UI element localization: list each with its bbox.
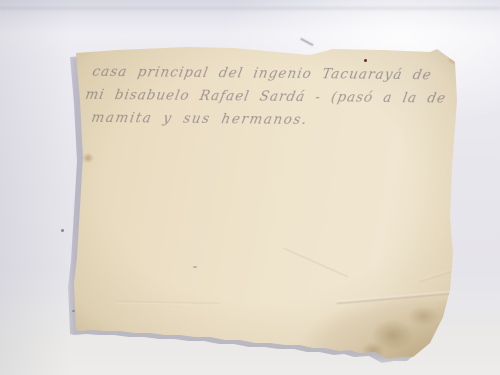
cloth-fold (0, 7, 500, 11)
photo-of-paper-scene: casa principal del ingenio Tacuarayá de … (0, 0, 500, 375)
paper-crease (284, 247, 349, 277)
ink-speck (364, 59, 367, 62)
cloth-fiber (300, 38, 313, 46)
handwriting-line-2: mi bisabuelo Rafael Sardá - (pasó a la d… (84, 87, 447, 107)
paper-crease (336, 291, 456, 304)
handwriting-line-3: mamita y sus hermanos. (90, 110, 309, 128)
paper-crease (115, 301, 220, 305)
paper-crease (419, 270, 452, 282)
handwriting-line-1: casa principal del ingenio Tacuarayá de (91, 64, 433, 84)
photo-back-paper: casa principal del ingenio Tacuarayá de … (73, 47, 458, 360)
dust-speck (61, 229, 64, 232)
pencil-smudge (193, 266, 197, 268)
